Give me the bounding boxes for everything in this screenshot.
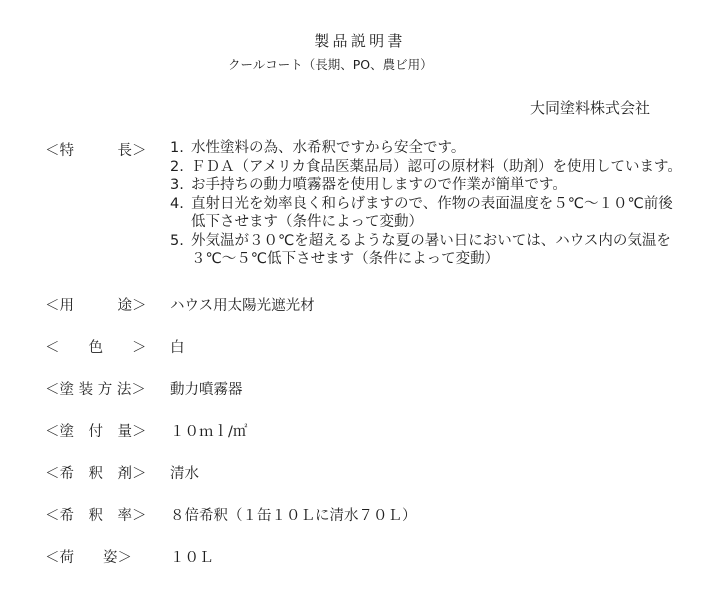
- spec-label: ＜塗 装 方 法＞: [45, 378, 146, 399]
- feature-text-continuation: 低下させます（条件によって変動）: [191, 213, 700, 232]
- feature-item-4: 4. 直射日光を効率良く和らげますので、作物の表面温度を５℃～１０℃前後 低下さ…: [170, 195, 700, 232]
- spec-label: ＜塗 付 量＞: [45, 420, 147, 441]
- feature-text: 直射日光を効率良く和らげますので、作物の表面温度を５℃～１０℃前後: [191, 195, 700, 214]
- spec-value: ８倍希釈（１缶１０Ｌに清水７０Ｌ）: [170, 504, 417, 525]
- spec-value: ハウス用太陽光遮光材: [170, 294, 315, 315]
- feature-number: 5.: [170, 232, 191, 251]
- features-section-label: ＜特 長＞: [45, 139, 147, 160]
- spec-value: 動力噴霧器: [170, 378, 243, 399]
- spec-label: ＜荷 姿＞: [45, 546, 132, 567]
- spec-row-application-method: ＜塗 装 方 法＞ 動力噴霧器: [0, 378, 720, 397]
- feature-number: 2.: [170, 158, 191, 177]
- feature-item-2: 2. ＦＤＡ（アメリカ食品医薬品局）認可の原材料（助剤）を使用しています。: [170, 158, 700, 177]
- product-name-subtitle: クールコート（長期、PO、農ビ用）: [228, 55, 433, 73]
- spec-label: ＜希 釈 剤＞: [45, 462, 147, 483]
- feature-number: 4.: [170, 195, 191, 214]
- document-page: 製品説明書 クールコート（長期、PO、農ビ用） 大同塗料株式会社 ＜特 長＞ 1…: [0, 0, 720, 603]
- spec-value: １０ｍｌ/㎡: [170, 420, 247, 441]
- spec-value: １０Ｌ: [170, 546, 214, 567]
- feature-text: お手持ちの動力噴霧器を使用しますので作業が簡単です。: [191, 176, 700, 195]
- features-list: 1. 水性塗料の為、水希釈ですから安全です。 2. ＦＤＡ（アメリカ食品医薬品局…: [170, 139, 700, 269]
- feature-item-1: 1. 水性塗料の為、水希釈ですから安全です。: [170, 139, 700, 158]
- spec-value: 白: [170, 336, 185, 357]
- spec-row-diluent: ＜希 釈 剤＞ 清水: [0, 462, 720, 481]
- company-name: 大同塗料株式会社: [530, 97, 650, 118]
- spec-row-color: ＜ 色 ＞ 白: [0, 336, 720, 355]
- feature-number: 1.: [170, 139, 191, 158]
- feature-item-5: 5. 外気温が３０℃を超えるような夏の暑い日においては、ハウス内の気温を ３℃～…: [170, 232, 700, 269]
- spec-row-dilution-ratio: ＜希 釈 率＞ ８倍希釈（１缶１０Ｌに清水７０Ｌ）: [0, 504, 720, 523]
- spec-row-packaging: ＜荷 姿＞ １０Ｌ: [0, 546, 720, 565]
- feature-item-3: 3. お手持ちの動力噴霧器を使用しますので作業が簡単です。: [170, 176, 700, 195]
- feature-text: 水性塗料の為、水希釈ですから安全です。: [191, 139, 700, 158]
- spec-label: ＜希 釈 率＞: [45, 504, 147, 525]
- spec-row-usage: ＜用 途＞ ハウス用太陽光遮光材: [0, 294, 720, 313]
- feature-number: 3.: [170, 176, 191, 195]
- document-title: 製品説明書: [0, 30, 720, 51]
- feature-text: ＦＤＡ（アメリカ食品医薬品局）認可の原材料（助剤）を使用しています。: [191, 158, 700, 177]
- feature-text: 外気温が３０℃を超えるような夏の暑い日においては、ハウス内の気温を: [191, 232, 700, 251]
- spec-label: ＜ 色 ＞: [45, 336, 147, 357]
- spec-label: ＜用 途＞: [45, 294, 147, 315]
- spec-row-coating-amount: ＜塗 付 量＞ １０ｍｌ/㎡: [0, 420, 720, 439]
- feature-text-continuation: ３℃～５℃低下させます（条件によって変動）: [191, 250, 700, 269]
- spec-value: 清水: [170, 462, 199, 483]
